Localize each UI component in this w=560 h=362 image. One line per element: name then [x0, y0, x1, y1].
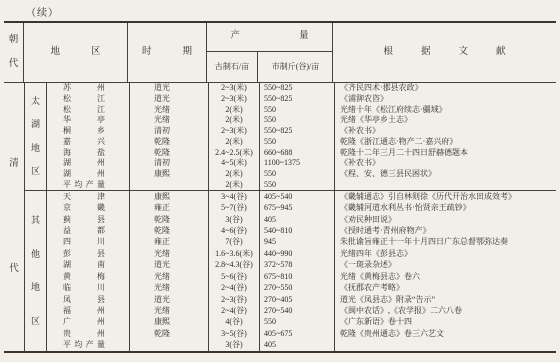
table-row: 黄梅光绪5~6(谷)675~810光绪《黄梅县志》卷六: [47, 271, 556, 282]
cell-period: 道光: [130, 83, 209, 94]
table-header: 朝代 地区 时期 产量 古制石/亩 市制斤(谷)/亩 根据文献: [4, 23, 556, 83]
scanned-document-page: （续） 朝代 地区 时期 产量 古制石/亩 市制斤(谷)/亩 根据文献: [0, 0, 560, 362]
place-name: 嘉兴: [63, 138, 105, 146]
cell-yield-market: 550: [260, 179, 335, 190]
cell-source: [335, 179, 556, 190]
cell-place: 湖州: [47, 169, 130, 180]
col-header-period: 时期: [128, 23, 207, 82]
cell-period: 雍正: [130, 237, 209, 248]
cell-yield-old: 4~6(谷): [209, 225, 260, 236]
cell-place: 贵州: [47, 328, 130, 339]
cell-yield-market: 1100~1375: [260, 158, 335, 169]
cell-yield-market: 550: [260, 115, 335, 126]
cell-yield-old: 2~3(米): [209, 83, 260, 94]
place-name: 松江: [63, 95, 105, 103]
cell-period: 光绪: [130, 115, 209, 126]
table-row: 京畿雍正5~7(谷)675~945《畿辅河道水利丛书·怡贤亲王疏钞》: [47, 202, 556, 213]
continuation-label: （续）: [26, 4, 59, 19]
cell-period: 乾隆: [130, 137, 209, 148]
cell-period: 康熙: [130, 191, 209, 202]
cell-yield-old: 1.6~3.6(米): [209, 248, 260, 259]
place-name: 海盐: [63, 149, 105, 157]
cell-place: 松江: [47, 104, 130, 115]
cell-yield-old: 3~5(谷): [209, 328, 260, 339]
cell-period: 清初: [130, 126, 209, 137]
place-name: 福州: [63, 307, 105, 315]
cell-yield-market: 550: [260, 169, 335, 180]
cell-source: 《广东新语》卷十四: [335, 317, 556, 328]
region-group-label: 太湖地区: [25, 83, 47, 190]
cell-yield-old: 2~3(谷): [209, 294, 260, 305]
table-body: 清代 太湖地区苏州道光2~3(米)550~825《齐民四术·郡县农政》松江道光2…: [4, 83, 556, 351]
cell-place: 平均产量: [47, 179, 130, 190]
cell-period: 道光: [130, 294, 209, 305]
cell-period: 乾隆: [130, 225, 209, 236]
cell-place: 广州: [47, 317, 130, 328]
cell-yield-market: 270~550: [260, 282, 335, 293]
cell-source: 乾隆《浙江通志·物产二·嘉兴府》: [335, 137, 556, 148]
cell-period: 光绪: [130, 271, 209, 282]
cell-period: 清初: [130, 158, 209, 169]
cell-yield-market: 372~578: [260, 260, 335, 271]
cell-yield-old: 2(米): [209, 115, 260, 126]
table-row: 平均产量2(米)550: [47, 179, 556, 190]
place-name: 桐乡: [63, 127, 105, 135]
cell-source: 光绪《华亭乡土志》: [335, 115, 556, 126]
table-row: 凤县道光2~3(谷)270~405道光《凤县志》附录“告示”: [47, 294, 556, 305]
table-row: 彭县光绪1.6~3.6(米)440~990光绪四年《彭县志》: [47, 248, 556, 259]
table-row: 天津康熙3~4(谷)405~540《畿辅通志》引自林则徐《历代开治水田成效考》: [47, 191, 556, 202]
cell-place: 桐乡: [47, 126, 130, 137]
cell-yield-old: 5~6(谷): [209, 271, 260, 282]
cell-yield-old: 3~4(谷): [209, 191, 260, 202]
col-header-yield: 产量 古制石/亩 市制斤(谷)/亩: [207, 23, 333, 82]
cell-place: 湖南: [47, 260, 130, 271]
table-row: 苏州道光2~3(米)550~825《齐民四术·郡县农政》: [47, 83, 556, 94]
place-name: 苏州: [63, 84, 105, 92]
cell-place: 嘉兴: [47, 137, 130, 148]
yield-table: 朝代 地区 时期 产量 古制石/亩 市制斤(谷)/亩 根据文献 清代: [4, 21, 556, 353]
cell-yield-market: 550: [260, 137, 335, 148]
cell-yield-market: 675~810: [260, 271, 335, 282]
cell-place: 彭县: [47, 248, 130, 259]
place-name: 湖州: [63, 159, 105, 167]
cell-place: 湖州: [47, 158, 130, 169]
cell-source: 《浦泖农咨》: [335, 94, 556, 105]
cell-yield-market: 550: [260, 104, 335, 115]
cell-yield-market: 405: [260, 339, 335, 350]
cell-period: 乾隆: [130, 328, 209, 339]
col-header-old-unit: 古制石/亩: [207, 52, 258, 82]
cell-yield-old: 2.4~2.5(米): [209, 147, 260, 158]
cell-yield-old: 2~4(谷): [209, 305, 260, 316]
cell-place: 临川: [47, 282, 130, 293]
yield-subheaders: 古制石/亩 市制斤(谷)/亩: [207, 51, 332, 82]
cell-place: 海盐: [47, 147, 130, 158]
table-row: 湖南道光2.8~4.3(谷)372~578《一斑录杂述》: [47, 260, 556, 271]
cell-source: 《程、安、德三县民困状》: [335, 169, 556, 180]
cell-yield-market: 270~540: [260, 305, 335, 316]
cell-yield-old: 2(米): [209, 179, 260, 190]
cell-yield-old: 2.8~4.3(谷): [209, 260, 260, 271]
table-row: 蓟县乾隆3(谷)405《劝民种田说》: [47, 214, 556, 225]
cell-period: 道光: [130, 94, 209, 105]
cell-period: [130, 339, 209, 350]
table-row: 湖州康熙2(米)550《程、安、德三县民困状》: [47, 169, 556, 180]
cell-yield-old: 2(米): [209, 137, 260, 148]
table-row: 福州光绪2~4(谷)270~540《闽中农话》,《农学报》二六八卷: [47, 305, 556, 316]
table-row: 湖州清初4~5(米)1100~1375《补农书》: [47, 158, 556, 169]
place-name: 益都: [63, 227, 105, 235]
cell-yield-market: 540~810: [260, 225, 335, 236]
region-section: 太湖地区苏州道光2~3(米)550~825《齐民四术·郡县农政》松江道光2~3(…: [25, 83, 556, 190]
col-header-source: 根据文献: [333, 23, 556, 82]
cell-period: 乾隆: [130, 214, 209, 225]
cell-yield-old: 2~3(米): [209, 126, 260, 137]
cell-source: 《闽中农话》,《农学报》二六八卷: [335, 305, 556, 316]
place-name: 彭县: [63, 250, 105, 258]
cell-place: 华亭: [47, 115, 130, 126]
table-row: 平均产量3(谷)405: [47, 339, 556, 350]
cell-place: 蓟县: [47, 214, 130, 225]
cell-place: 益都: [47, 225, 130, 236]
cell-period: 光绪: [130, 248, 209, 259]
table-row: 桐乡清初2~3(米)550~825《补农书》: [47, 126, 556, 137]
region-group-label: 其他地区: [25, 191, 47, 351]
cell-yield-market: 270~405: [260, 294, 335, 305]
table-row: 松江光绪2(米)550光绪十年《松江府续志·疆域》: [47, 104, 556, 115]
cell-source: 《齐民四术·郡县农政》: [335, 83, 556, 94]
cell-yield-old: 2~4(谷): [209, 282, 260, 293]
place-name: 凤县: [63, 296, 105, 304]
place-name: 天津: [63, 193, 105, 201]
cell-yield-market: 440~990: [260, 248, 335, 259]
cell-source: 《授时通考·青州府物产》: [335, 225, 556, 236]
cell-yield-market: 675~945: [260, 202, 335, 213]
cell-source: 道光《凤县志》附录“告示”: [335, 294, 556, 305]
cell-source: 《抚郡农产考略》: [335, 282, 556, 293]
cell-place: 黄梅: [47, 271, 130, 282]
cell-period: 康熙: [130, 317, 209, 328]
cell-yield-market: 550~825: [260, 94, 335, 105]
section-rows: 苏州道光2~3(米)550~825《齐民四术·郡县农政》松江道光2~3(米)55…: [47, 83, 556, 190]
yield-group-label: 产量: [207, 23, 332, 51]
table-row: 贵州乾隆3~5(谷)405~675乾隆《贵州通志》卷三六艺文: [47, 328, 556, 339]
region-section: 其他地区天津康熙3~4(谷)405~540《畿辅通志》引自林则徐《历代开治水田成…: [25, 190, 556, 351]
cell-yield-old: 5~7(谷): [209, 202, 260, 213]
cell-yield-old: 2(米): [209, 104, 260, 115]
place-name: 广州: [63, 318, 105, 326]
cell-period: 光绪: [130, 104, 209, 115]
cell-yield-market: 405: [260, 214, 335, 225]
cell-yield-old: 3(谷): [209, 214, 260, 225]
cell-period: 康熙: [130, 169, 209, 180]
cell-period: 道光: [130, 260, 209, 271]
cell-source: 《补农书》: [335, 126, 556, 137]
cell-source: 《劝民种田说》: [335, 214, 556, 225]
cell-yield-old: 4~5(米): [209, 158, 260, 169]
place-name: 平均产量: [63, 181, 105, 189]
place-name: 湖南: [63, 261, 105, 269]
cell-source: 乾隆《贵州通志》卷三六艺文: [335, 328, 556, 339]
cell-yield-old: 2~3(米): [209, 94, 260, 105]
cell-yield-old: 7(谷): [209, 237, 260, 248]
cell-yield-market: 945: [260, 237, 335, 248]
section-rows: 天津康熙3~4(谷)405~540《畿辅通志》引自林则徐《历代开治水田成效考》京…: [47, 191, 556, 351]
cell-place: 松江: [47, 94, 130, 105]
table-row: 嘉兴乾隆2(米)550乾隆《浙江通志·物产二·嘉兴府》: [47, 137, 556, 148]
cell-period: [130, 179, 209, 190]
place-name: 华亭: [63, 116, 105, 124]
cell-yield-market: 405~540: [260, 191, 335, 202]
cell-yield-old: 3(谷): [209, 339, 260, 350]
cell-period: 乾隆: [130, 147, 209, 158]
cell-yield-market: 550~825: [260, 83, 335, 94]
table-row: 海盐乾隆2.4~2.5(米)660~688乾隆十二年三月二十四日舒赫德题本: [47, 147, 556, 158]
table-row: 华亭光绪2(米)550光绪《华亭乡土志》: [47, 115, 556, 126]
place-name: 京畿: [63, 204, 105, 212]
table-row: 广州康熙4(谷)550《广东新语》卷十四: [47, 317, 556, 328]
table-row: 四川雍正7(谷)945朱批谕旨雍正十一年十月四日广东总督鄂弥达奏: [47, 237, 556, 248]
table-row: 益都乾隆4~6(谷)540~810《授时通考·青州府物产》: [47, 225, 556, 236]
cell-place: 福州: [47, 305, 130, 316]
cell-place: 京畿: [47, 202, 130, 213]
cell-place: 凤县: [47, 294, 130, 305]
col-header-dynasty: 朝代: [4, 23, 24, 82]
cell-place: 天津: [47, 191, 130, 202]
cell-place: 苏州: [47, 83, 130, 94]
col-header-region: 地区: [24, 23, 128, 82]
cell-period: 光绪: [130, 305, 209, 316]
place-name: 四川: [63, 238, 105, 246]
cell-source: 《畿辅河道水利丛书·怡贤亲王疏钞》: [335, 202, 556, 213]
place-name: 贵州: [63, 330, 105, 338]
cell-yield-market: 550: [260, 317, 335, 328]
dynasty-label: 清代: [4, 83, 25, 351]
cell-source: 乾隆十二年三月二十四日舒赫德题本: [335, 147, 556, 158]
cell-source: 《补农书》: [335, 158, 556, 169]
cell-yield-market: 660~688: [260, 147, 335, 158]
place-name: 临川: [63, 284, 105, 292]
place-name: 蓟县: [63, 216, 105, 224]
cell-source: 光绪十年《松江府续志·疆域》: [335, 104, 556, 115]
table-row: 临川光绪2~4(谷)270~550《抚郡农产考略》: [47, 282, 556, 293]
place-name: 松江: [63, 106, 105, 114]
cell-yield-old: 4(谷): [209, 317, 260, 328]
cell-place: 四川: [47, 237, 130, 248]
table-row: 松江道光2~3(米)550~825《浦泖农咨》: [47, 94, 556, 105]
cell-source: 《畿辅通志》引自林则徐《历代开治水田成效考》: [335, 191, 556, 202]
place-name: 黄梅: [63, 273, 105, 281]
cell-yield-old: 2(米): [209, 169, 260, 180]
cell-period: 雍正: [130, 202, 209, 213]
cell-period: 光绪: [130, 282, 209, 293]
col-header-market-unit: 市制斤(谷)/亩: [258, 52, 333, 82]
place-name: 平均产量: [63, 341, 105, 349]
cell-source: [335, 339, 556, 350]
cell-source: 光绪四年《彭县志》: [335, 248, 556, 259]
cell-source: 朱批谕旨雍正十一年十月四日广东总督鄂弥达奏: [335, 237, 556, 248]
table-sections: 太湖地区苏州道光2~3(米)550~825《齐民四术·郡县农政》松江道光2~3(…: [25, 83, 556, 351]
cell-source: 光绪《黄梅县志》卷六: [335, 271, 556, 282]
cell-source: 《一斑录杂述》: [335, 260, 556, 271]
cell-yield-market: 550~825: [260, 126, 335, 137]
place-name: 湖州: [63, 170, 105, 178]
cell-place: 平均产量: [47, 339, 130, 350]
cell-yield-market: 405~675: [260, 328, 335, 339]
